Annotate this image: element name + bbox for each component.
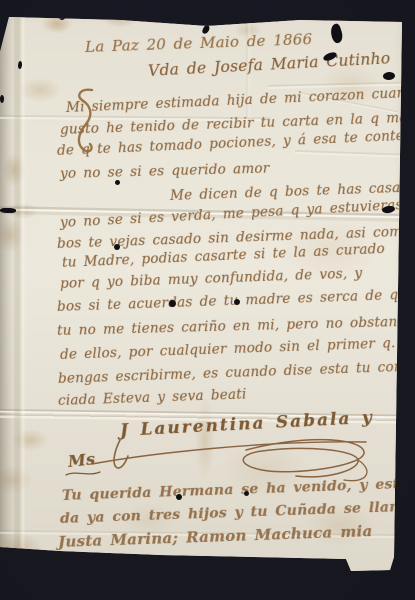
ink-blot (244, 491, 249, 496)
ink-blot (234, 299, 240, 305)
ink-blot (114, 244, 120, 250)
date-line: La Paz 20 de Maio de 1866 (85, 30, 313, 56)
body-line: de ellos, por cualquier modo sin el prim… (60, 335, 396, 363)
postscript-line: Justa Marina; Ramon Machuca mia (58, 522, 373, 551)
ink-blot (115, 180, 120, 185)
body-line: bengas escribirme, es cuando dise esta t… (58, 358, 415, 387)
body-line: yo no se si es querido amor (60, 161, 270, 182)
ink-blot (328, 23, 344, 44)
monogram: Ms (67, 449, 96, 471)
ink-blot (0, 208, 16, 214)
letter-paper: La Paz 20 de Maio de 1866 Vda de Josefa … (0, 0, 415, 600)
addressee-line: Vda de Josefa Maria Cutinho (148, 49, 391, 80)
letter-photograph: La Paz 20 de Maio de 1866 Vda de Josefa … (0, 0, 415, 600)
fold-crease-vertical-left (14, 17, 26, 549)
ink-blot (59, 15, 65, 20)
ink-blot (383, 71, 396, 80)
ink-blot (176, 494, 182, 500)
fold-crease-faint-3 (295, 150, 402, 158)
ink-blot (169, 300, 176, 307)
body-line: bos si te acuerdas de tu madre es serca … (57, 287, 403, 315)
body-line: por q yo biba muy confundida, de vos, y (60, 265, 363, 292)
ink-blot (18, 61, 23, 69)
ink-blot (0, 95, 4, 103)
body-line: tu no me tienes cariño en mi, pero no ob… (57, 314, 412, 339)
signature-line: J Laurentina Sabala y (119, 408, 374, 441)
body-line: ciada Esteva y seva beati (58, 386, 247, 409)
